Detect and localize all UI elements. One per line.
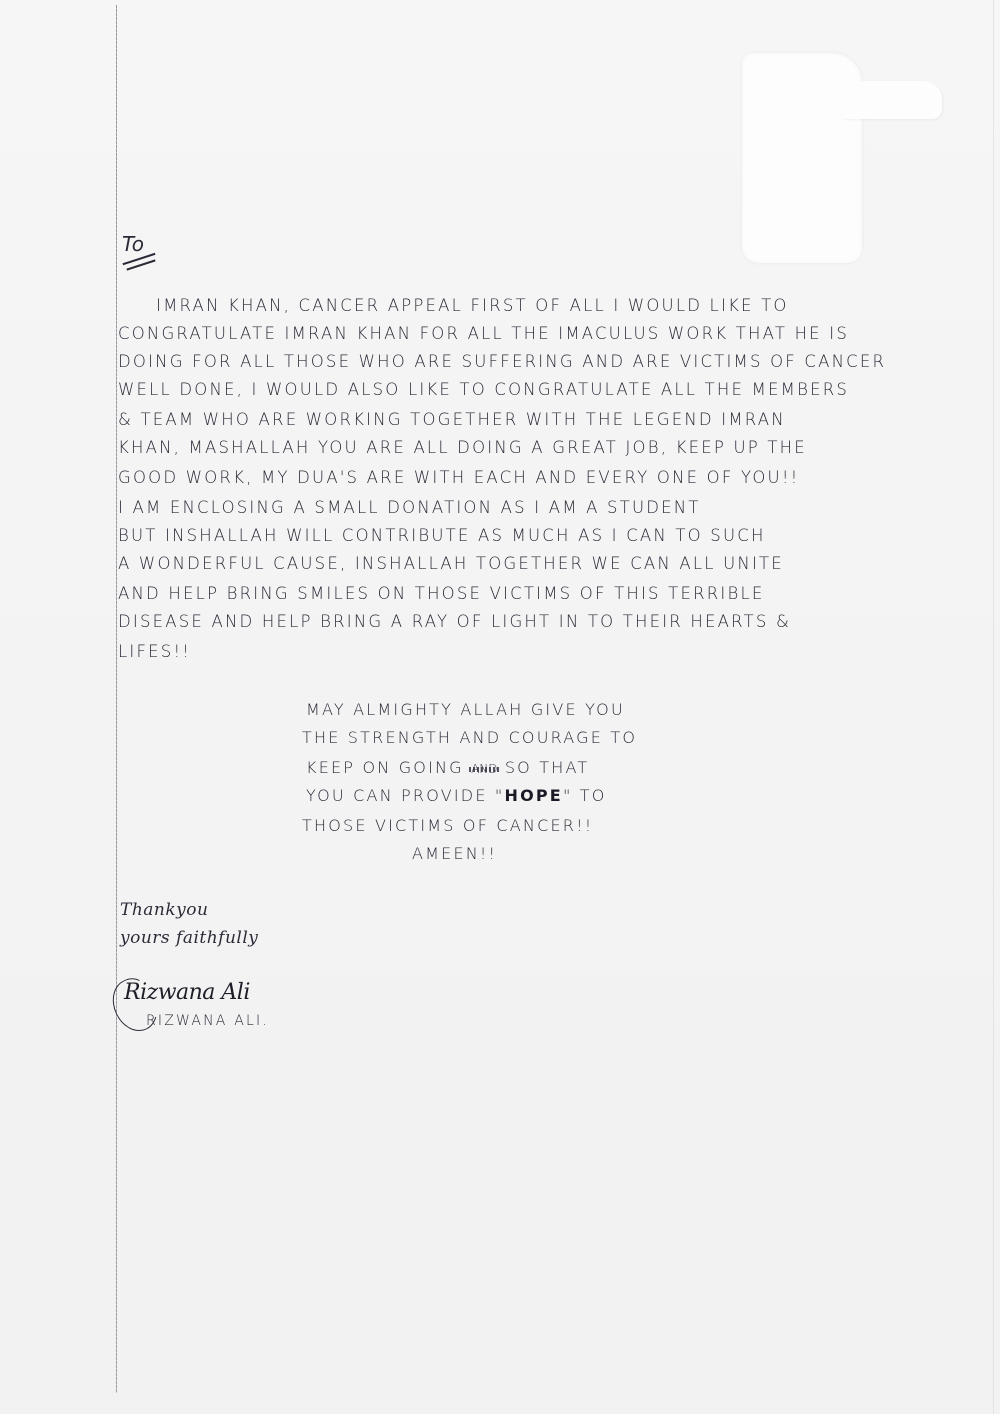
body-line: well done, I would also like to congratu… [118, 382, 849, 399]
body-line: disease and help bring a ray of light in… [118, 614, 791, 631]
body-line: I am enclosing a small donation as I am … [118, 500, 701, 517]
prayer-text: you can provide " [306, 786, 504, 805]
prayer-amen: Ameen!! [412, 846, 497, 862]
prayer-line: the strength and courage to [302, 730, 637, 746]
margin-line [116, 5, 117, 1393]
signature: Rizwana Ali [124, 980, 250, 1005]
correction-fluid-patch [742, 53, 862, 263]
body-line: lifes!! [118, 644, 191, 661]
prayer-text: so that [505, 758, 590, 777]
printed-name: RIZWANA ALI. [146, 1014, 269, 1028]
prayer-text: keep on going [306, 758, 464, 777]
salutation: To [122, 232, 144, 256]
body-line: & team who are working together with the… [118, 412, 786, 429]
body-line: Imran Khan, cancer appeal first of all I… [156, 298, 789, 315]
body-line: congratulate Imran Khan for all the imac… [118, 326, 849, 343]
prayer-line: keep on going and so that [306, 760, 589, 776]
body-line: doing for all those who are suffering an… [118, 354, 886, 371]
body-line: but Inshallah will contribute as much as… [118, 528, 766, 545]
body-line: good work, my dua's are with each and ev… [118, 470, 799, 487]
body-line: a wonderful cause, Inshallah together we… [118, 556, 784, 573]
prayer-line: those victims of cancer!! [302, 818, 593, 834]
page-edge [993, 0, 994, 1414]
prayer-line: May Almighty Allah give you [306, 702, 625, 718]
struck-out-word: and [471, 763, 497, 775]
hope-emphasis: HOPE [504, 786, 562, 805]
body-line: and help bring smiles on those victims o… [118, 586, 765, 603]
letter-page: To Imran Khan, cancer appeal first of al… [0, 0, 1000, 1414]
prayer-line: you can provide "HOPE" to [306, 788, 607, 804]
closing-thanks: Thankyou [120, 900, 208, 920]
closing-sign-off: yours faithfully [120, 928, 258, 948]
body-line: Khan, Mashallah you are all doing a grea… [118, 440, 807, 457]
prayer-text: " to [563, 786, 607, 805]
